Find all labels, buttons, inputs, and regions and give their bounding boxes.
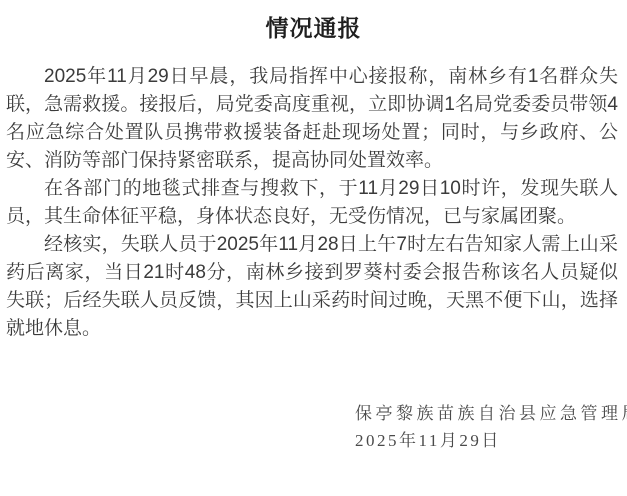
signature-block: 保亭黎族苗族自治县应急管理局 2025年11月29日 — [355, 400, 627, 454]
paragraph-report-received: 2025年11月29日早晨，我局指挥中心接报称，南林乡有1名群众失联，急需救援。… — [6, 63, 618, 175]
notice-document: 情况通报 2025年11月29日早晨，我局指挥中心接报称，南林乡有1名群众失联，… — [0, 0, 627, 496]
issuing-agency-signature: 保亭黎族苗族自治县应急管理局 — [355, 400, 627, 427]
document-body: 2025年11月29日早晨，我局指挥中心接报称，南林乡有1名群众失联，急需救援。… — [0, 63, 627, 343]
issue-date: 2025年11月29日 — [355, 427, 627, 454]
document-title: 情况通报 — [0, 13, 627, 43]
paragraph-verification-details: 经核实，失联人员于2025年11月28日上午7时左右告知家人需上山采药后离家，当… — [6, 231, 618, 343]
paragraph-person-found: 在各部门的地毯式排查与搜救下，于11月29日10时许，发现失联人员，其生命体征平… — [6, 175, 618, 231]
